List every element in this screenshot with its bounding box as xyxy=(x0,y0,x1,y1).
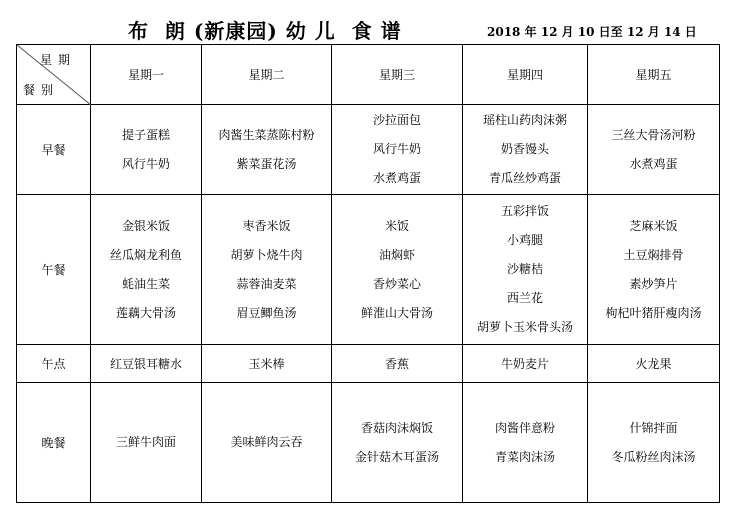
dish: 米饭 xyxy=(332,212,462,241)
dinner-thu: 肉酱伴意粉 青菜肉沫汤 xyxy=(463,383,588,503)
dish: 油焖虾 xyxy=(332,241,462,270)
dish: 三丝大骨汤河粉 xyxy=(588,121,719,150)
day-header-mon: 星期一 xyxy=(91,45,202,105)
dish: 金针菇木耳蛋汤 xyxy=(332,443,462,472)
dish: 西兰花 xyxy=(463,284,587,313)
date-range: 2018 年 12 月 10 日至 12 月 14 日 xyxy=(487,23,697,40)
dish: 土豆焖排骨 xyxy=(588,241,719,270)
dish: 胡萝卜烧牛肉 xyxy=(202,241,331,270)
day-header-thu: 星期四 xyxy=(463,45,588,105)
meal-label-breakfast: 早餐 xyxy=(17,105,91,195)
breakfast-tue: 肉酱生菜蒸陈村粉 紫菜蛋花汤 xyxy=(202,105,332,195)
dish: 素炒笋片 xyxy=(588,270,719,299)
dish: 丝瓜焖龙利鱼 xyxy=(91,241,201,270)
meal-label-dinner: 晚餐 xyxy=(17,383,91,503)
dish: 芝麻米饭 xyxy=(588,212,719,241)
snack-thu: 牛奶麦片 xyxy=(463,345,588,383)
meal-label-lunch: 午餐 xyxy=(17,195,91,345)
corner-meal-label: 餐别 xyxy=(23,81,59,98)
day-header-tue: 星期二 xyxy=(202,45,332,105)
dinner-mon: 三鲜牛肉面 xyxy=(91,383,202,503)
dish: 莲藕大骨汤 xyxy=(91,299,201,328)
meal-label-snack: 午点 xyxy=(17,345,91,383)
dish: 枸杞叶猪肝瘦肉汤 xyxy=(588,299,719,328)
dish: 金银米饭 xyxy=(91,212,201,241)
dish: 紫菜蛋花汤 xyxy=(202,150,331,179)
dish: 胡萝卜玉米骨头汤 xyxy=(463,313,587,342)
dish: 青瓜丝炒鸡蛋 xyxy=(463,164,587,193)
dish: 小鸡腿 xyxy=(463,226,587,255)
corner-weekday-label: 星期 xyxy=(40,51,76,68)
dish: 沙拉面包 xyxy=(332,106,462,135)
dish: 鲜淮山大骨汤 xyxy=(332,299,462,328)
lunch-row: 午餐 金银米饭 丝瓜焖龙利鱼 蚝油生菜 莲藕大骨汤 枣香米饭 胡萝卜烧牛肉 蒜蓉… xyxy=(17,195,720,345)
lunch-mon: 金银米饭 丝瓜焖龙利鱼 蚝油生菜 莲藕大骨汤 xyxy=(91,195,202,345)
dish: 肉酱生菜蒸陈村粉 xyxy=(202,121,331,150)
dish: 眉豆鲫鱼汤 xyxy=(202,299,331,328)
breakfast-mon: 提子蛋糕 风行牛奶 xyxy=(91,105,202,195)
page-title: 布 朗 (新康园) 幼 儿 食 谱 xyxy=(128,15,402,44)
dish: 风行牛奶 xyxy=(332,135,462,164)
dish: 蚝油生菜 xyxy=(91,270,201,299)
breakfast-thu: 瑶柱山药肉沫粥 奶香馒头 青瓜丝炒鸡蛋 xyxy=(463,105,588,195)
dish: 水煮鸡蛋 xyxy=(588,150,719,179)
dinner-tue: 美味鲜肉云吞 xyxy=(202,383,332,503)
header-row: 星期 餐别 星期一 星期二 星期三 星期四 星期五 xyxy=(17,45,720,105)
breakfast-row: 早餐 提子蛋糕 风行牛奶 肉酱生菜蒸陈村粉 紫菜蛋花汤 沙拉面包 风行牛奶 水煮… xyxy=(17,105,720,195)
dish: 提子蛋糕 xyxy=(91,121,201,150)
dish: 沙糖桔 xyxy=(463,255,587,284)
snack-tue: 玉米棒 xyxy=(202,345,332,383)
day-header-wed: 星期三 xyxy=(332,45,463,105)
dish: 什锦拌面 xyxy=(588,414,719,443)
snack-fri: 火龙果 xyxy=(588,345,720,383)
dish: 风行牛奶 xyxy=(91,150,201,179)
lunch-tue: 枣香米饭 胡萝卜烧牛肉 蒜蓉油麦菜 眉豆鲫鱼汤 xyxy=(202,195,332,345)
breakfast-fri: 三丝大骨汤河粉 水煮鸡蛋 xyxy=(588,105,720,195)
dish: 枣香米饭 xyxy=(202,212,331,241)
lunch-thu: 五彩拌饭 小鸡腿 沙糖桔 西兰花 胡萝卜玉米骨头汤 xyxy=(463,195,588,345)
dinner-wed: 香菇肉沫焖饭 金针菇木耳蛋汤 xyxy=(332,383,463,503)
dish: 蒜蓉油麦菜 xyxy=(202,270,331,299)
dish: 三鲜牛肉面 xyxy=(91,428,201,457)
corner-header-cell: 星期 餐别 xyxy=(17,45,91,105)
lunch-wed: 米饭 油焖虾 香炒菜心 鲜淮山大骨汤 xyxy=(332,195,463,345)
menu-table: 星期 餐别 星期一 星期二 星期三 星期四 星期五 早餐 提子蛋糕 风行牛奶 肉… xyxy=(16,44,720,503)
snack-mon: 红豆银耳糖水 xyxy=(91,345,202,383)
dish: 美味鲜肉云吞 xyxy=(202,428,331,457)
dish: 冬瓜粉丝肉沫汤 xyxy=(588,443,719,472)
dish: 五彩拌饭 xyxy=(463,197,587,226)
dish: 肉酱伴意粉 xyxy=(463,414,587,443)
dish: 香菇肉沫焖饭 xyxy=(332,414,462,443)
dinner-row: 晚餐 三鲜牛肉面 美味鲜肉云吞 香菇肉沫焖饭 金针菇木耳蛋汤 肉酱伴意粉 青菜肉… xyxy=(17,383,720,503)
dish: 奶香馒头 xyxy=(463,135,587,164)
lunch-fri: 芝麻米饭 土豆焖排骨 素炒笋片 枸杞叶猪肝瘦肉汤 xyxy=(588,195,720,345)
dinner-fri: 什锦拌面 冬瓜粉丝肉沫汤 xyxy=(588,383,720,503)
dish: 青菜肉沫汤 xyxy=(463,443,587,472)
snack-row: 午点 红豆银耳糖水 玉米棒 香蕉 牛奶麦片 火龙果 xyxy=(17,345,720,383)
snack-wed: 香蕉 xyxy=(332,345,463,383)
day-header-fri: 星期五 xyxy=(588,45,720,105)
breakfast-wed: 沙拉面包 风行牛奶 水煮鸡蛋 xyxy=(332,105,463,195)
dish: 水煮鸡蛋 xyxy=(332,164,462,193)
dish: 香炒菜心 xyxy=(332,270,462,299)
dish: 瑶柱山药肉沫粥 xyxy=(463,106,587,135)
